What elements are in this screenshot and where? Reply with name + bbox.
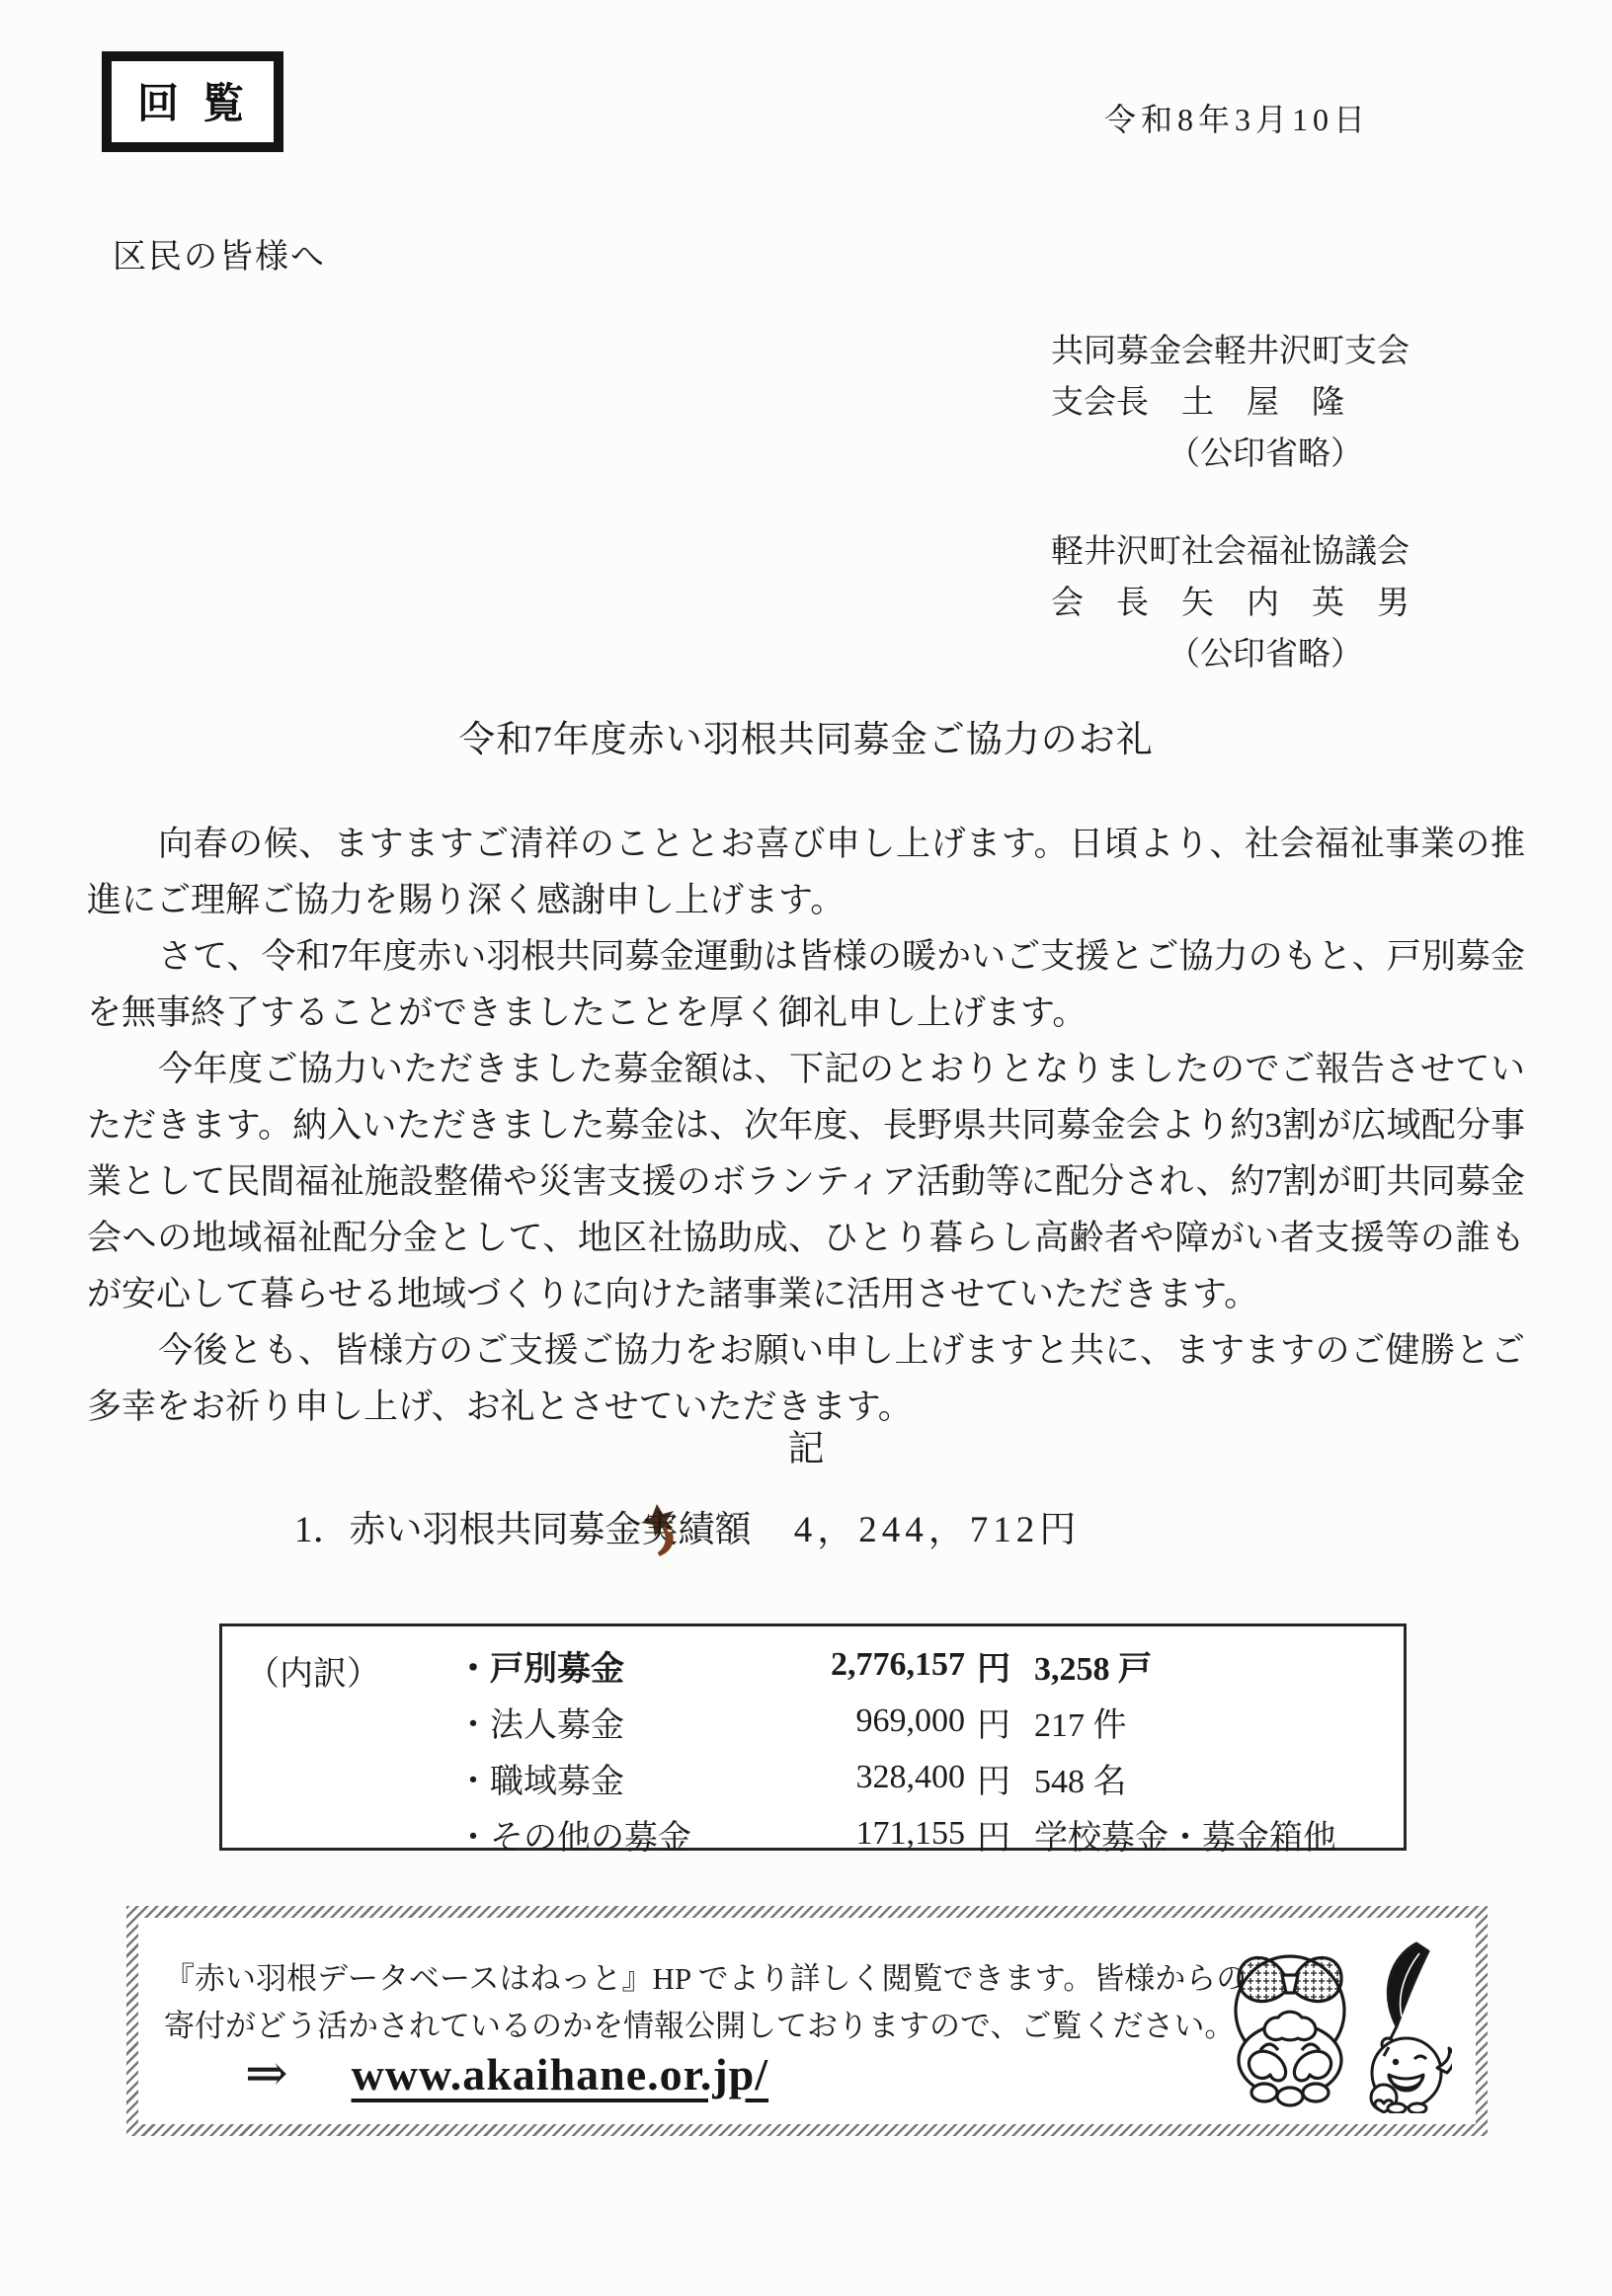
row-label: ・職域募金 xyxy=(456,1754,745,1802)
table-row-shokuiki: ・職域募金 328,400 円 548 名 xyxy=(222,1755,1404,1800)
row-count: 217 件 xyxy=(1014,1698,1127,1746)
recipient-line: 区民の皆様へ xyxy=(113,229,326,277)
breakdown-table: （内訳） ・戸別募金 2,776,157 円 3,258 戸 ・法人募金 969… xyxy=(219,1623,1407,1851)
row-label: ・法人募金 xyxy=(456,1698,745,1746)
mascot-illustration xyxy=(1223,1930,1452,2113)
row-amount: 171,155 xyxy=(745,1815,965,1853)
seal-omitted-note: （公印省略） xyxy=(1051,629,1410,680)
row-count: 548 名 xyxy=(1014,1754,1127,1802)
row-unit: 円 xyxy=(965,1810,1014,1859)
kairan-circulation-stamp: 回覧 xyxy=(102,51,283,152)
sender-block-kyoudoubokinkai: 共同募金会軽井沢町支会 支会長 土 屋 隆 （公印省略） xyxy=(1051,326,1410,480)
sender-name: 会 長 矢 内 英 男 xyxy=(1051,578,1410,629)
table-row-sonota: ・その他の募金 171,155 円 学校募金・募金箱他 xyxy=(222,1811,1404,1857)
footer-text-line2: 寄付がどう活かされているのかを情報公開しておりますので、ご覧ください。 xyxy=(164,2001,1235,2045)
letter-date: 令和8年3月10日 xyxy=(1104,95,1370,140)
footer-text-line1: 『赤い羽根データベースはねっと』HP でより詳しく閲覧できます。皆様からの xyxy=(164,1953,1247,1998)
row-label: ・戸別募金 xyxy=(456,1641,745,1690)
footer-notice-box: 『赤い羽根データベースはねっと』HP でより詳しく閲覧できます。皆様からの 寄付… xyxy=(126,1906,1488,2136)
scanned-letter-page: 回覧 令和8年3月10日 区民の皆様へ 共同募金会軽井沢町支会 支会長 土 屋 … xyxy=(0,0,1612,2296)
sender-name: 支会長 土 屋 隆 xyxy=(1051,377,1410,429)
row-label: ・その他の募金 xyxy=(456,1810,745,1859)
total-amount: 4，244，712円 xyxy=(794,1510,1082,1550)
sender-block-shakyou: 軽井沢町社会福祉協議会 会 長 矢 内 英 男 （公印省略） xyxy=(1051,526,1410,680)
row-count: 学校募金・募金箱他 xyxy=(1014,1810,1336,1859)
row-unit: 円 xyxy=(965,1698,1014,1746)
row-count: 3,258 戸 xyxy=(1014,1641,1152,1690)
row-unit: 円 xyxy=(965,1754,1014,1802)
row-amount: 2,776,157 xyxy=(745,1646,965,1684)
ink-smudge-artifact xyxy=(638,1501,689,1560)
table-row-kobetsu: ・戸別募金 2,776,157 円 3,258 戸 xyxy=(222,1642,1404,1688)
record-marker: 記 xyxy=(0,1418,1612,1471)
sender-org: 軽井沢町社会福祉協議会 xyxy=(1051,526,1410,578)
sender-org: 共同募金会軽井沢町支会 xyxy=(1051,326,1410,377)
letter-body: 向春の候、ますますご清祥のこととお喜び申し上げます。日頃より、社会福祉事業の推進… xyxy=(87,816,1525,1435)
akaihane-url: www.akaihane.or.jp/ xyxy=(352,2048,768,2100)
url-line: ⇒ www.akaihane.or.jp/ xyxy=(245,2048,768,2100)
row-amount: 328,400 xyxy=(745,1759,965,1796)
paragraph-thanks: さて、令和7年度赤い羽根共同募金運動は皆様の暖かいご支援とご協力のもと、戸別募金… xyxy=(87,928,1525,1041)
double-arrow-icon: ⇒ xyxy=(245,2049,288,2100)
row-amount: 969,000 xyxy=(745,1702,965,1740)
letter-title: 令和7年度赤い羽根共同募金ご協力のお礼 xyxy=(0,709,1612,762)
seal-omitted-note: （公印省略） xyxy=(1051,429,1410,480)
row-unit: 円 xyxy=(965,1641,1014,1690)
paragraph-greeting: 向春の候、ますますご清祥のこととお喜び申し上げます。日頃より、社会福祉事業の推進… xyxy=(87,816,1525,928)
paragraph-report: 今年度ご協力いただきました募金額は、下記のとおりとなりましたのでご報告させていた… xyxy=(87,1041,1525,1322)
table-row-houjin: ・法人募金 969,000 円 217 件 xyxy=(222,1699,1404,1744)
